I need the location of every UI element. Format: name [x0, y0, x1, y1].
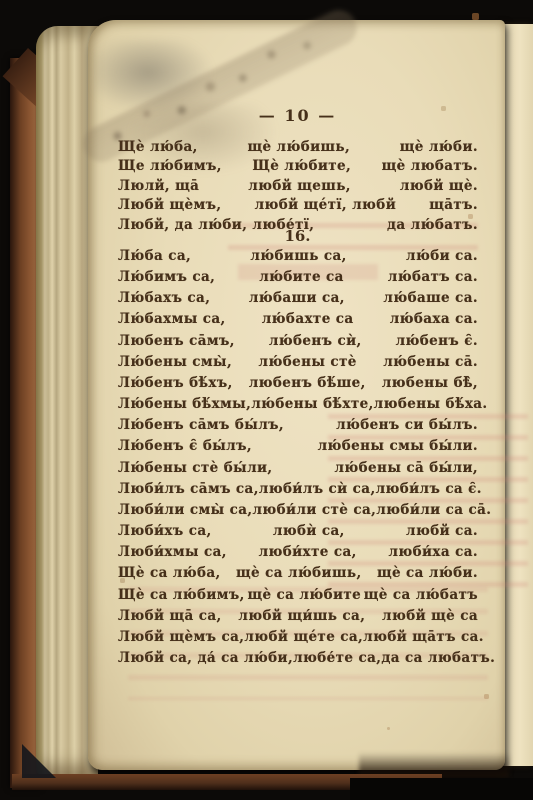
text-segment: любенъ бѣ́ше, [249, 373, 366, 394]
text-segment: Люби́хъ са, [118, 521, 212, 542]
text-line: Любй щѐмъ,любй щéтї, любйща̄тъ. [118, 196, 478, 215]
text-segment: да са любатъ. [381, 648, 495, 669]
text-segment: лю́бахте са [262, 309, 354, 330]
text-segment: лю́батъ са. [388, 267, 478, 288]
text-segment: Лю́бахъ са, [118, 288, 210, 309]
text-segment: любены бѣ́ха. [374, 394, 488, 415]
text-segment: люби́ли са са̄. [376, 500, 491, 521]
text-segment: лю́бены бѣ́хте, [251, 394, 373, 415]
text-line: Лю́бенъ є̑ бы́лъ,лю́бены смы бы́ли. [118, 436, 478, 457]
text-segment: люби́ха са. [388, 542, 478, 563]
text-segment: лю́бены са̄. [383, 352, 478, 373]
background-shadow [350, 778, 533, 800]
text-segment: любй щѐ. [400, 177, 478, 196]
text-segment: щѐ са лю́бишь, [236, 563, 362, 584]
text-segment: лю́баше са. [383, 288, 478, 309]
text-segment: ща̄тъ. [429, 196, 478, 215]
text-line: Лю́бимъ са,лю́бите салю́батъ са. [118, 267, 478, 288]
text-line: Лю́ба са,лю́бишь са,лю́би са. [118, 246, 478, 267]
text-segment: лю́баши са, [249, 288, 345, 309]
text-segment: щѐ са лю́бите [247, 585, 361, 606]
text-segment: Любенъ са̄мъ, [118, 331, 235, 352]
text-segment: любй щѐ са [382, 606, 478, 627]
text-segment: Люлй, ща̄ [118, 177, 199, 196]
text-segment: любены бѣ̀, [382, 373, 478, 394]
text-line: Люби́ли смы̀ са,люби́ли стѐ са,люби́ли с… [118, 500, 478, 521]
text-line: Лю́бены бѣ́хмы,лю́бены бѣ́хте,любены бѣ́… [118, 394, 478, 415]
text-segment: Лю́бимъ са, [118, 267, 215, 288]
text-segment: лю́баха са. [390, 309, 478, 330]
text-segment: Лю́ба са, [118, 246, 191, 267]
text-segment: Любй щѐмъ, [118, 196, 221, 215]
text-segment: любй са. [406, 521, 478, 542]
text-segment: Щѐ лю́бите, [252, 157, 351, 176]
text-segment: Лю́бены бѣ́хмы, [118, 394, 251, 415]
text-segment: любй щéте са, [244, 627, 363, 648]
text-line: Лю́бахмы са,лю́бахте салю́баха са. [118, 309, 478, 330]
paradigm-block-1: Щѐ лю́ба,щѐ лю́бишь,щѐ лю́би.Ще лю́бимъ,… [118, 138, 478, 235]
text-segment: Щѐ са лю́бимъ, [118, 585, 245, 606]
text-line: Щѐ лю́ба,щѐ лю́бишь,щѐ лю́би. [118, 138, 478, 157]
text-segment: Любй ща̄ са, [118, 606, 222, 627]
text-line: Люби́хмы са,люби́хте са,люби́ха са. [118, 542, 478, 563]
text-segment: лю́бенъ си бы́лъ. [336, 415, 478, 436]
text-line: Лю́бахъ са,лю́баши са,лю́баше са. [118, 288, 478, 309]
text-segment: Любй щѐмъ са, [118, 627, 244, 648]
text-line: Ще лю́бимъ,Щѐ лю́бите,щѐ любатъ. [118, 157, 478, 176]
text-segment: Любй са, да́ са лю́би, [118, 648, 293, 669]
text-segment: щѐ любатъ. [382, 157, 478, 176]
text-segment: Лю́бахмы са, [118, 309, 226, 330]
text-line: Щѐ са лю́ба,щѐ са лю́бишь,щѐ са лю́би. [118, 563, 478, 584]
text-segment: лю́бены стѐ [259, 352, 357, 373]
text-segment: Щѐ лю́ба, [118, 138, 198, 157]
text-segment: люби́ли стѐ са, [252, 500, 376, 521]
text-segment: лю́бенъ сѝ, [269, 331, 362, 352]
text-segment: люби́хте са, [259, 542, 357, 563]
text-segment: Люби́хмы са, [118, 542, 227, 563]
text-segment: лю́бены са̄ бы́ли, [334, 458, 478, 479]
text-line: Любй щѐмъ са,любй щéте са,любй ща̄тъ са. [118, 627, 478, 648]
section-number: 16. [118, 226, 477, 246]
text-segment: люби́лъ сѝ са, [259, 479, 376, 500]
text-segment: Люби́лъ са̄мъ са, [118, 479, 259, 500]
text-segment: лю́бены смы бы́ли. [318, 436, 478, 457]
text-segment: Ще лю́бимъ, [118, 157, 222, 176]
text-line: Любй ща̄ са,любй щи́шь са,любй щѐ са [118, 606, 478, 627]
text-segment: щѐ са лю́батъ [364, 585, 478, 606]
text-line: Любй са, да́ са лю́би,любе́те са,да са л… [118, 648, 478, 669]
text-line: Люби́хъ са,любѝ са,любй са. [118, 521, 478, 542]
text-segment: Лю́бены смы̀, [118, 352, 232, 373]
text-segment: Лю́бены стѐ бы́ли, [118, 458, 273, 479]
text-segment: Лю́бенъ є̑ бы́лъ, [118, 436, 252, 457]
text-line: Лю́бенъ са̄мъ бы́лъ,лю́бенъ си бы́лъ. [118, 415, 478, 436]
text-segment: любе́те са, [293, 648, 381, 669]
text-line: Люлй, ща̄любй щешь,любй щѐ. [118, 177, 478, 196]
text-segment: Люби́ли смы̀ са, [118, 500, 252, 521]
text-line: Любенъ са̄мъ,лю́бенъ сѝ,лю́бенъ є̑. [118, 331, 478, 352]
page-number: — 10 — [118, 106, 477, 126]
text-line: Лю́бены стѐ бы́ли,лю́бены са̄ бы́ли, [118, 458, 478, 479]
text-line: Люби́лъ са̄мъ са,люби́лъ сѝ са,люби́лъ с… [118, 479, 478, 500]
text-segment: щѐ лю́бишь, [247, 138, 350, 157]
text-segment: щѐ лю́би. [400, 138, 478, 157]
text-segment: люби́лъ са є̑. [376, 479, 482, 500]
text-segment: любй щешь, [248, 177, 351, 196]
text-segment: любй щéтї, любй [255, 196, 397, 215]
underlying-page-right-edge [501, 24, 533, 766]
text-segment: любй щи́шь са, [238, 606, 365, 627]
text-segment: любѝ са, [273, 521, 345, 542]
text-segment: лю́бите са [259, 267, 344, 288]
text-segment: Щѐ са лю́ба, [118, 563, 221, 584]
text-segment: лю́бишь са, [250, 246, 346, 267]
text-segment: любй ща̄тъ са. [363, 627, 484, 648]
text-line: Лю́бены смы̀,лю́бены стѐлю́бены са̄. [118, 352, 478, 373]
text-segment: щѐ са лю́би. [377, 563, 478, 584]
book-page: — 10 — Щѐ лю́ба,щѐ лю́бишь,щѐ лю́би.Ще л… [88, 20, 505, 770]
text-segment: Лю́бенъ бѣ́хъ, [118, 373, 233, 394]
text-segment: лю́бенъ є̑. [396, 331, 478, 352]
text-line: Щѐ са лю́бимъ,щѐ са лю́битещѐ са лю́батъ [118, 585, 478, 606]
paradigm-block-2: Лю́ба са,лю́бишь са,лю́би са.Лю́бимъ са,… [118, 246, 478, 669]
foxing-spots [88, 20, 89, 21]
text-segment: лю́би са. [406, 246, 478, 267]
text-line: Лю́бенъ бѣ́хъ,любенъ бѣ́ше,любены бѣ̀, [118, 373, 478, 394]
text-segment: Лю́бенъ са̄мъ бы́лъ, [118, 415, 284, 436]
